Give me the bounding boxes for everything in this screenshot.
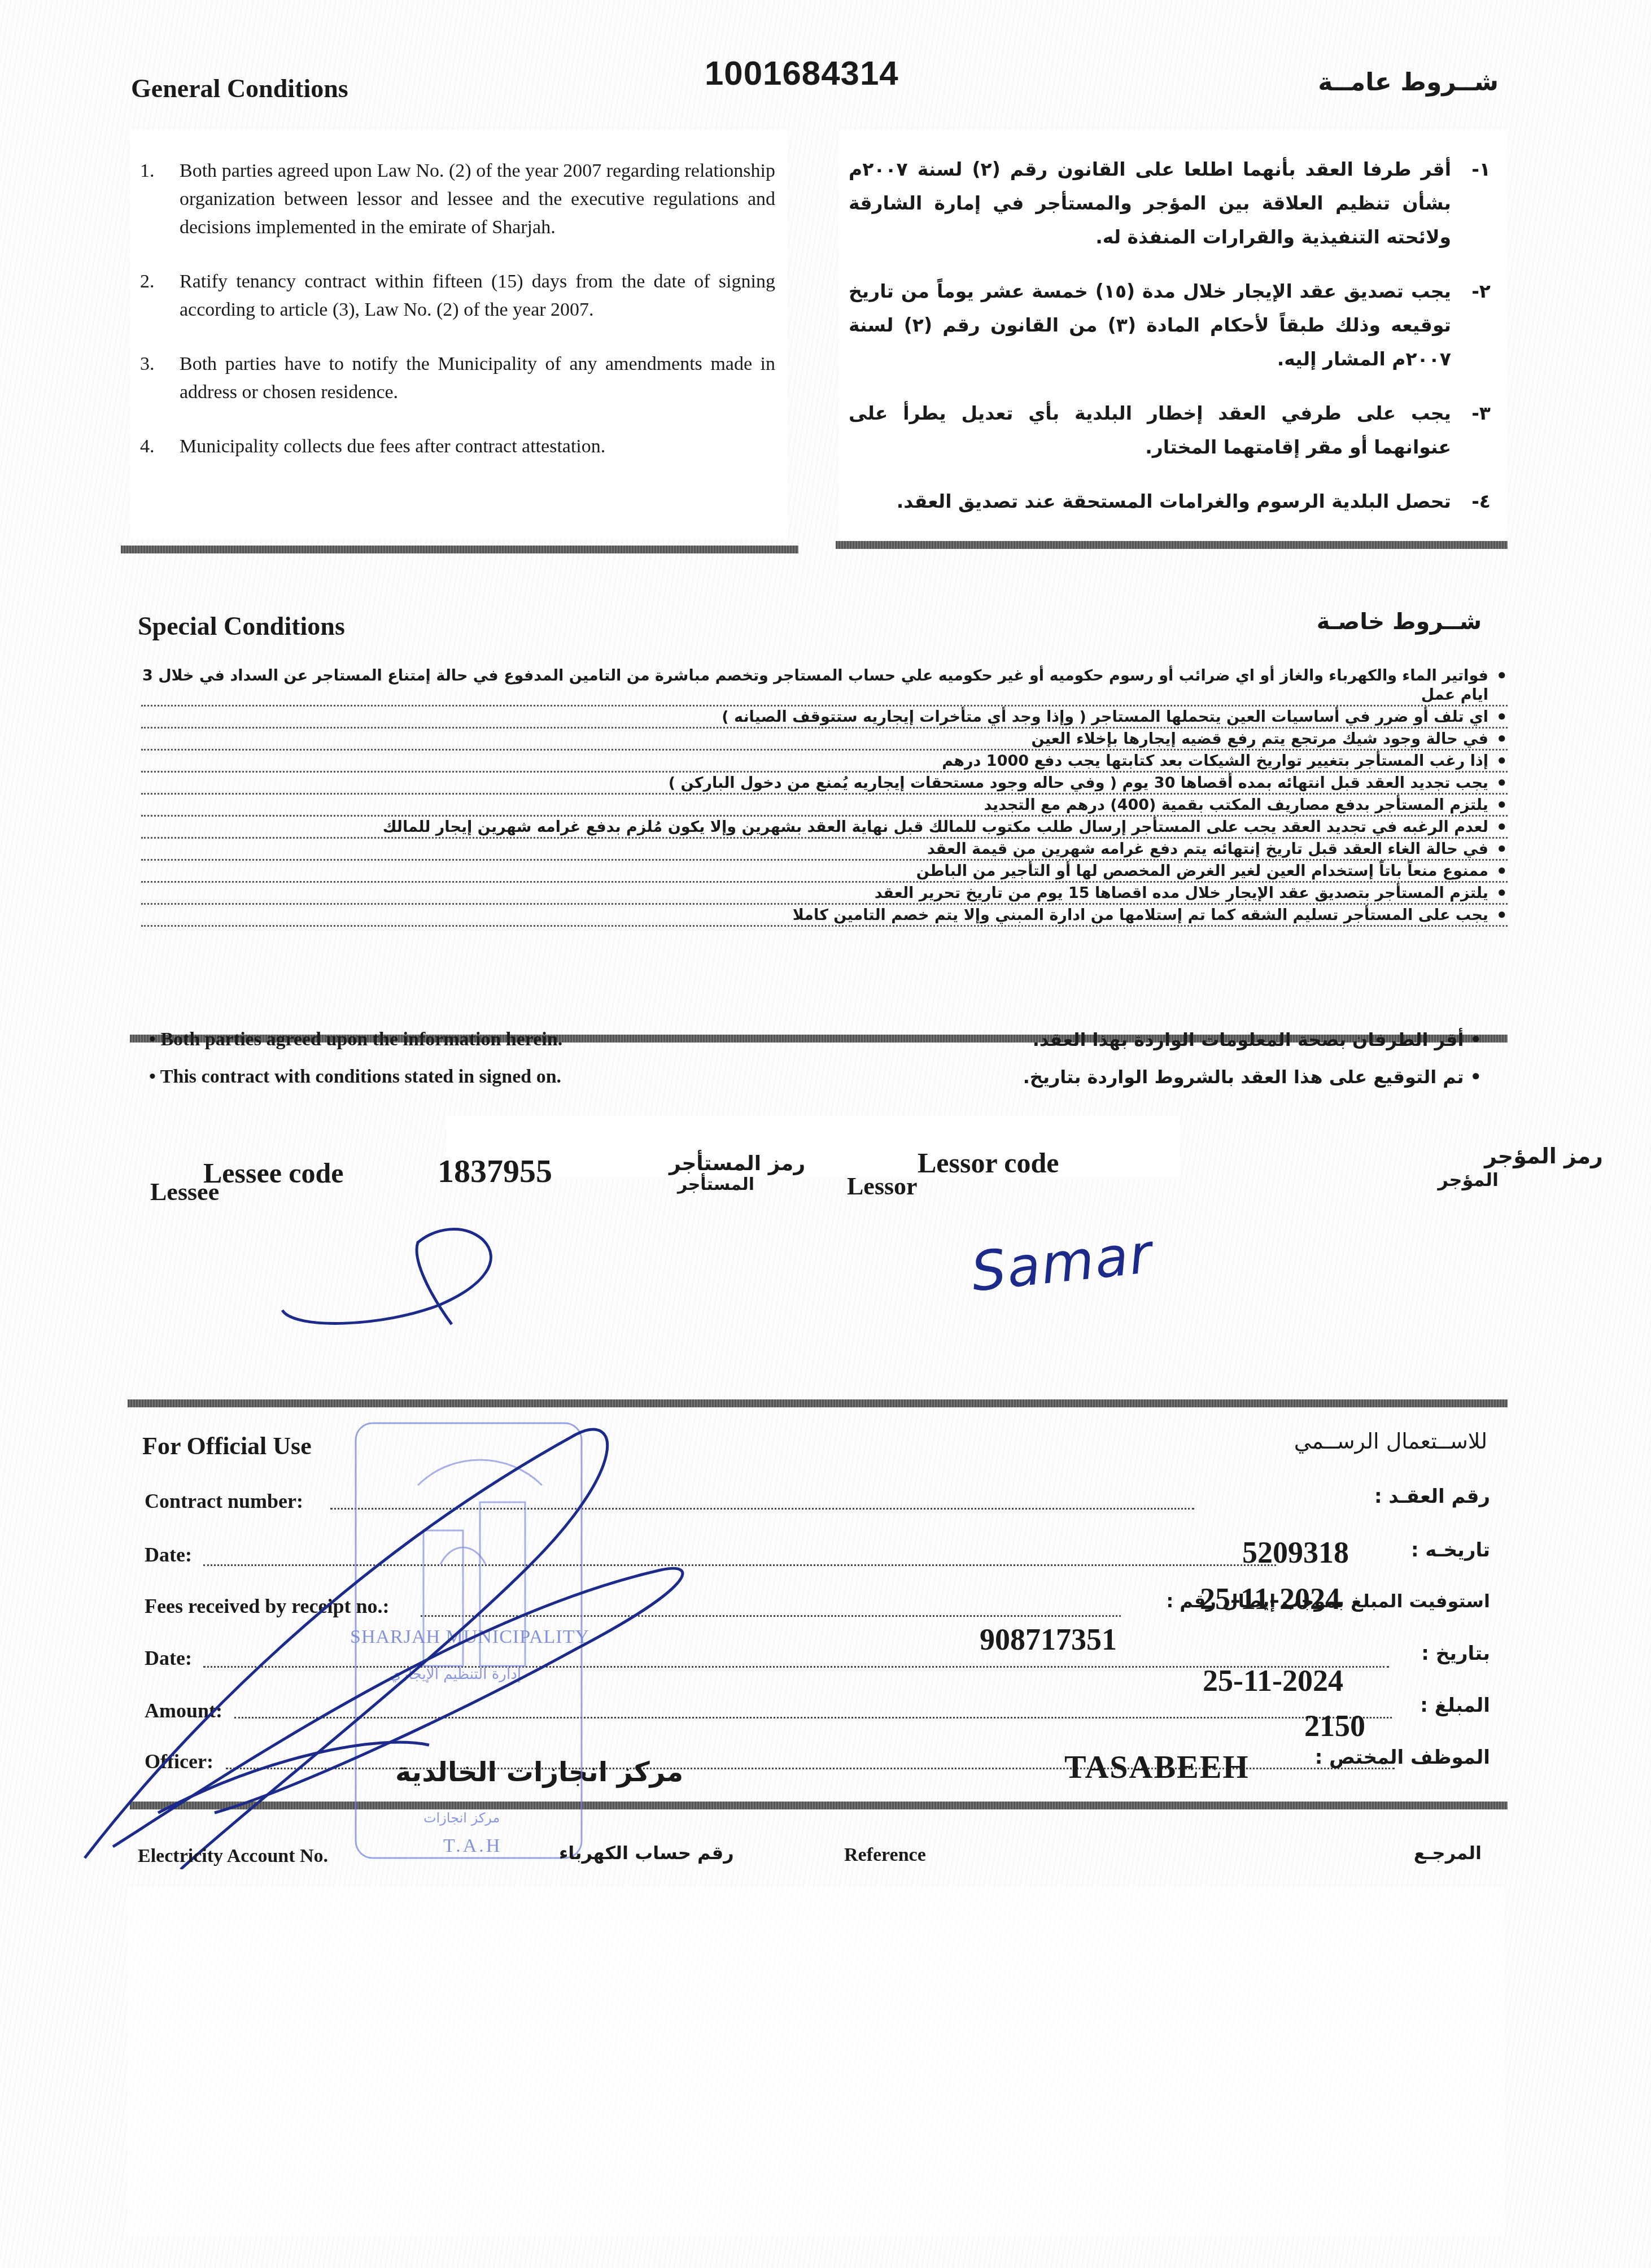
special-conditions-title-ar: شــروط خاصـة <box>1317 609 1482 635</box>
agreement-ar: • أقر الطرفان بصحة المعلومات الواردة بهذ… <box>1023 1021 1482 1096</box>
special-condition-item: يلتزم المستأجر بدفع مصاريف المكتب بقمية … <box>141 796 1508 817</box>
special-condition-item: يجب على المستأجر تسليم الشقه كما تم إستل… <box>141 906 1508 927</box>
lessor-signature: Samar <box>968 1222 1156 1303</box>
receipt-date-value: 25-11-2024 <box>1203 1663 1343 1698</box>
divider-bar <box>121 546 798 553</box>
special-condition-item: اي تلف أو ضرر في أساسيات العين يتحملها ا… <box>141 708 1508 729</box>
reference-label-ar: المرجـع <box>1414 1842 1482 1864</box>
contract-number-value: 5209318 <box>1242 1535 1349 1570</box>
special-condition-item: في حالة وجود شيك مرتجع يتم رفع قضيه إيجا… <box>141 730 1508 751</box>
special-conditions-panel: فواتير الماء والكهرباء والغاز أو اي ضرائ… <box>141 666 1508 928</box>
general-condition-item: 4.Municipality collects due fees after c… <box>140 433 775 461</box>
officer-signature <box>68 1418 745 1869</box>
reference-label: Reference <box>844 1844 926 1866</box>
general-condition-item: 3.Both parties have to notify the Munici… <box>140 350 775 407</box>
lessor-label: Lessor <box>847 1172 918 1201</box>
special-conditions-title: Special Conditions <box>138 611 345 641</box>
lessee-label-ar: المستأجر <box>678 1175 754 1194</box>
general-condition-item-ar: ٣-يجب على طرفي العقد إخطار البلدية بأي ت… <box>849 396 1491 464</box>
agreement-en: • Both parties agreed upon the informati… <box>149 1021 562 1096</box>
general-condition-item-ar: ٢-يجب تصديق عقد الإيجار خلال مدة (١٥) خم… <box>849 274 1491 376</box>
official-use-title-ar: للاســتعمال الرســمي <box>1294 1429 1487 1454</box>
officer-name: TASABEEH <box>1064 1748 1250 1786</box>
lessor-label-ar: المؤجر <box>1438 1169 1499 1190</box>
general-condition-item: 2.Ratify tenancy contract within fifteen… <box>140 268 775 324</box>
special-condition-item: يجب تجديد العقد قبل انتهائه بمده أقصاها … <box>141 774 1508 795</box>
general-condition-item-ar: ١-أقر طرفا العقد بأنهما اطلعا على القانو… <box>849 152 1491 254</box>
lessor-code-label-ar: رمز المؤجر <box>1484 1144 1603 1168</box>
lessee-code-label: Lessee code <box>203 1157 344 1189</box>
receipt-number-value: 908717351 <box>980 1622 1117 1657</box>
electricity-account-label-ar: رقم حساب الكهرباء <box>559 1842 734 1864</box>
special-condition-item: إذا رغب المستأجر بتغيير تواريخ الشيكات ب… <box>141 752 1508 773</box>
general-conditions-title-ar: شــروط عامــة <box>1318 68 1499 97</box>
special-condition-item: فواتير الماء والكهرباء والغاز أو اي ضرائ… <box>141 666 1508 706</box>
special-condition-item: في حالة الغاء العقد قبل تاريخ إنتهائه يت… <box>141 840 1508 861</box>
redacted-area <box>446 1115 1180 1177</box>
lessee-code-value: 1837955 <box>438 1152 552 1190</box>
blank-area <box>127 1886 1505 2236</box>
general-conditions-title: General Conditions <box>131 73 348 103</box>
divider-bar <box>128 1399 1508 1407</box>
general-condition-item-ar: ٤-تحصل البلدية الرسوم والغرامات المستحقة… <box>849 485 1491 518</box>
special-condition-item: ممنوع منعاً باتاً إستخدام العين لغير الغ… <box>141 862 1508 883</box>
general-conditions-en-list: 1.Both parties agreed upon Law No. (2) o… <box>130 130 788 461</box>
lessor-code-label: Lessor code <box>918 1146 1059 1179</box>
special-condition-item: يلتزم المستأجر بتصديق عقد الإيجار خلال م… <box>141 884 1508 905</box>
lessee-signature <box>271 1225 723 1355</box>
general-condition-item: 1.Both parties agreed upon Law No. (2) o… <box>140 157 775 242</box>
tenancy-contract-page: General Conditions 1001684314 شــروط عام… <box>0 0 1651 2268</box>
amount-value: 2150 <box>1304 1708 1365 1743</box>
general-conditions-en-panel: 1.Both parties agreed upon Law No. (2) o… <box>130 130 788 539</box>
divider-bar <box>836 541 1508 549</box>
special-conditions-list: فواتير الماء والكهرباء والغاز أو اي ضرائ… <box>141 666 1508 927</box>
electricity-account-label: Electricity Account No. <box>138 1846 328 1867</box>
lessee-code-label-ar: رمز المستأجر <box>669 1152 805 1175</box>
document-number: 1001684314 <box>705 54 899 93</box>
special-condition-item: لعدم الرغبه في تجديد العقد يجب على المست… <box>141 818 1508 839</box>
general-conditions-ar-panel: ١-أقر طرفا العقد بأنهما اطلعا على القانو… <box>838 130 1508 539</box>
general-conditions-ar-list: ١-أقر طرفا العقد بأنهما اطلعا على القانو… <box>838 130 1508 518</box>
